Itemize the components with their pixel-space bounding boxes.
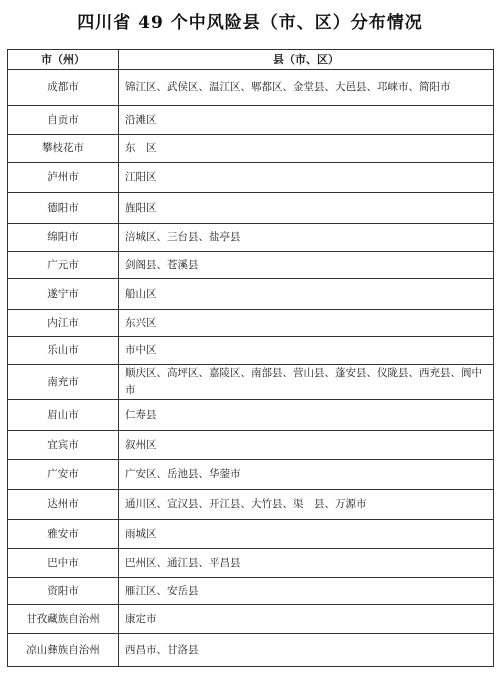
table-row: 眉山市仁寿县 bbox=[8, 400, 494, 431]
county-cell: 锦江区、武侯区、温江区、郫都区、金堂县、大邑县、邛崃市、简阳市 bbox=[119, 70, 494, 106]
table-row: 凉山彝族自治州西昌市、甘洛县 bbox=[8, 634, 494, 667]
city-cell: 雅安市 bbox=[8, 520, 119, 549]
county-cell: 仁寿县 bbox=[119, 400, 494, 431]
county-cell: 雨城区 bbox=[119, 520, 494, 549]
table-row: 遂宁市船山区 bbox=[8, 279, 494, 310]
table-row: 巴中市巴州区、通江县、平昌县 bbox=[8, 549, 494, 578]
county-cell: 巴州区、通江县、平昌县 bbox=[119, 549, 494, 578]
city-cell: 攀枝花市 bbox=[8, 135, 119, 163]
county-cell: 剑阁县、苍溪县 bbox=[119, 252, 494, 279]
city-cell: 乐山市 bbox=[8, 337, 119, 365]
table-row: 泸州市江阳区 bbox=[8, 163, 494, 193]
city-cell: 达州市 bbox=[8, 490, 119, 520]
table-row: 乐山市市中区 bbox=[8, 337, 494, 365]
table-row: 攀枝花市东 区 bbox=[8, 135, 494, 163]
county-cell: 市中区 bbox=[119, 337, 494, 365]
city-cell: 眉山市 bbox=[8, 400, 119, 431]
county-cell: 叙州区 bbox=[119, 431, 494, 460]
table-row: 广元市剑阁县、苍溪县 bbox=[8, 252, 494, 279]
city-cell: 德阳市 bbox=[8, 193, 119, 224]
table-row: 甘孜藏族自治州康定市 bbox=[8, 605, 494, 634]
city-cell: 巴中市 bbox=[8, 549, 119, 578]
county-cell: 广安区、岳池县、华蓥市 bbox=[119, 460, 494, 490]
county-cell: 涪城区、三台县、盐亭县 bbox=[119, 224, 494, 252]
table-row: 广安市广安区、岳池县、华蓥市 bbox=[8, 460, 494, 490]
table-row: 德阳市旌阳区 bbox=[8, 193, 494, 224]
county-cell: 江阳区 bbox=[119, 163, 494, 193]
county-cell: 雁江区、安岳县 bbox=[119, 578, 494, 605]
table-row: 雅安市雨城区 bbox=[8, 520, 494, 549]
city-cell: 资阳市 bbox=[8, 578, 119, 605]
header-county: 县（市、区） bbox=[119, 50, 494, 70]
table-row: 南充市顺庆区、高坪区、嘉陵区、南部县、营山县、蓬安县、仪陇县、西充县、阆中市 bbox=[8, 365, 494, 400]
county-cell: 旌阳区 bbox=[119, 193, 494, 224]
table-row: 绵阳市涪城区、三台县、盐亭县 bbox=[8, 224, 494, 252]
county-cell: 通川区、宣汉县、开江县、大竹县、渠 县、万源市 bbox=[119, 490, 494, 520]
county-cell: 东 区 bbox=[119, 135, 494, 163]
city-cell: 广元市 bbox=[8, 252, 119, 279]
county-cell: 沿滩区 bbox=[119, 106, 494, 135]
city-cell: 南充市 bbox=[8, 365, 119, 400]
document-title: 四川省 49 个中风险县（市、区）分布情况 bbox=[0, 8, 500, 33]
county-cell: 顺庆区、高坪区、嘉陵区、南部县、营山县、蓬安县、仪陇县、西充县、阆中市 bbox=[119, 365, 494, 400]
city-cell: 内江市 bbox=[8, 310, 119, 337]
city-cell: 泸州市 bbox=[8, 163, 119, 193]
city-cell: 甘孜藏族自治州 bbox=[8, 605, 119, 634]
county-cell: 康定市 bbox=[119, 605, 494, 634]
city-cell: 宜宾市 bbox=[8, 431, 119, 460]
city-cell: 成都市 bbox=[8, 70, 119, 106]
table-header-row: 市（州） 县（市、区） bbox=[8, 50, 494, 70]
table-row: 宜宾市叙州区 bbox=[8, 431, 494, 460]
header-city: 市（州） bbox=[8, 50, 119, 70]
table-row: 资阳市雁江区、安岳县 bbox=[8, 578, 494, 605]
risk-area-table: 市（州） 县（市、区） 成都市锦江区、武侯区、温江区、郫都区、金堂县、大邑县、邛… bbox=[7, 49, 494, 667]
city-cell: 广安市 bbox=[8, 460, 119, 490]
city-cell: 遂宁市 bbox=[8, 279, 119, 310]
city-cell: 自贡市 bbox=[8, 106, 119, 135]
county-cell: 船山区 bbox=[119, 279, 494, 310]
county-cell: 西昌市、甘洛县 bbox=[119, 634, 494, 667]
table-row: 成都市锦江区、武侯区、温江区、郫都区、金堂县、大邑县、邛崃市、简阳市 bbox=[8, 70, 494, 106]
table-row: 自贡市沿滩区 bbox=[8, 106, 494, 135]
city-cell: 绵阳市 bbox=[8, 224, 119, 252]
city-cell: 凉山彝族自治州 bbox=[8, 634, 119, 667]
table-row: 内江市东兴区 bbox=[8, 310, 494, 337]
county-cell: 东兴区 bbox=[119, 310, 494, 337]
table-row: 达州市通川区、宣汉县、开江县、大竹县、渠 县、万源市 bbox=[8, 490, 494, 520]
